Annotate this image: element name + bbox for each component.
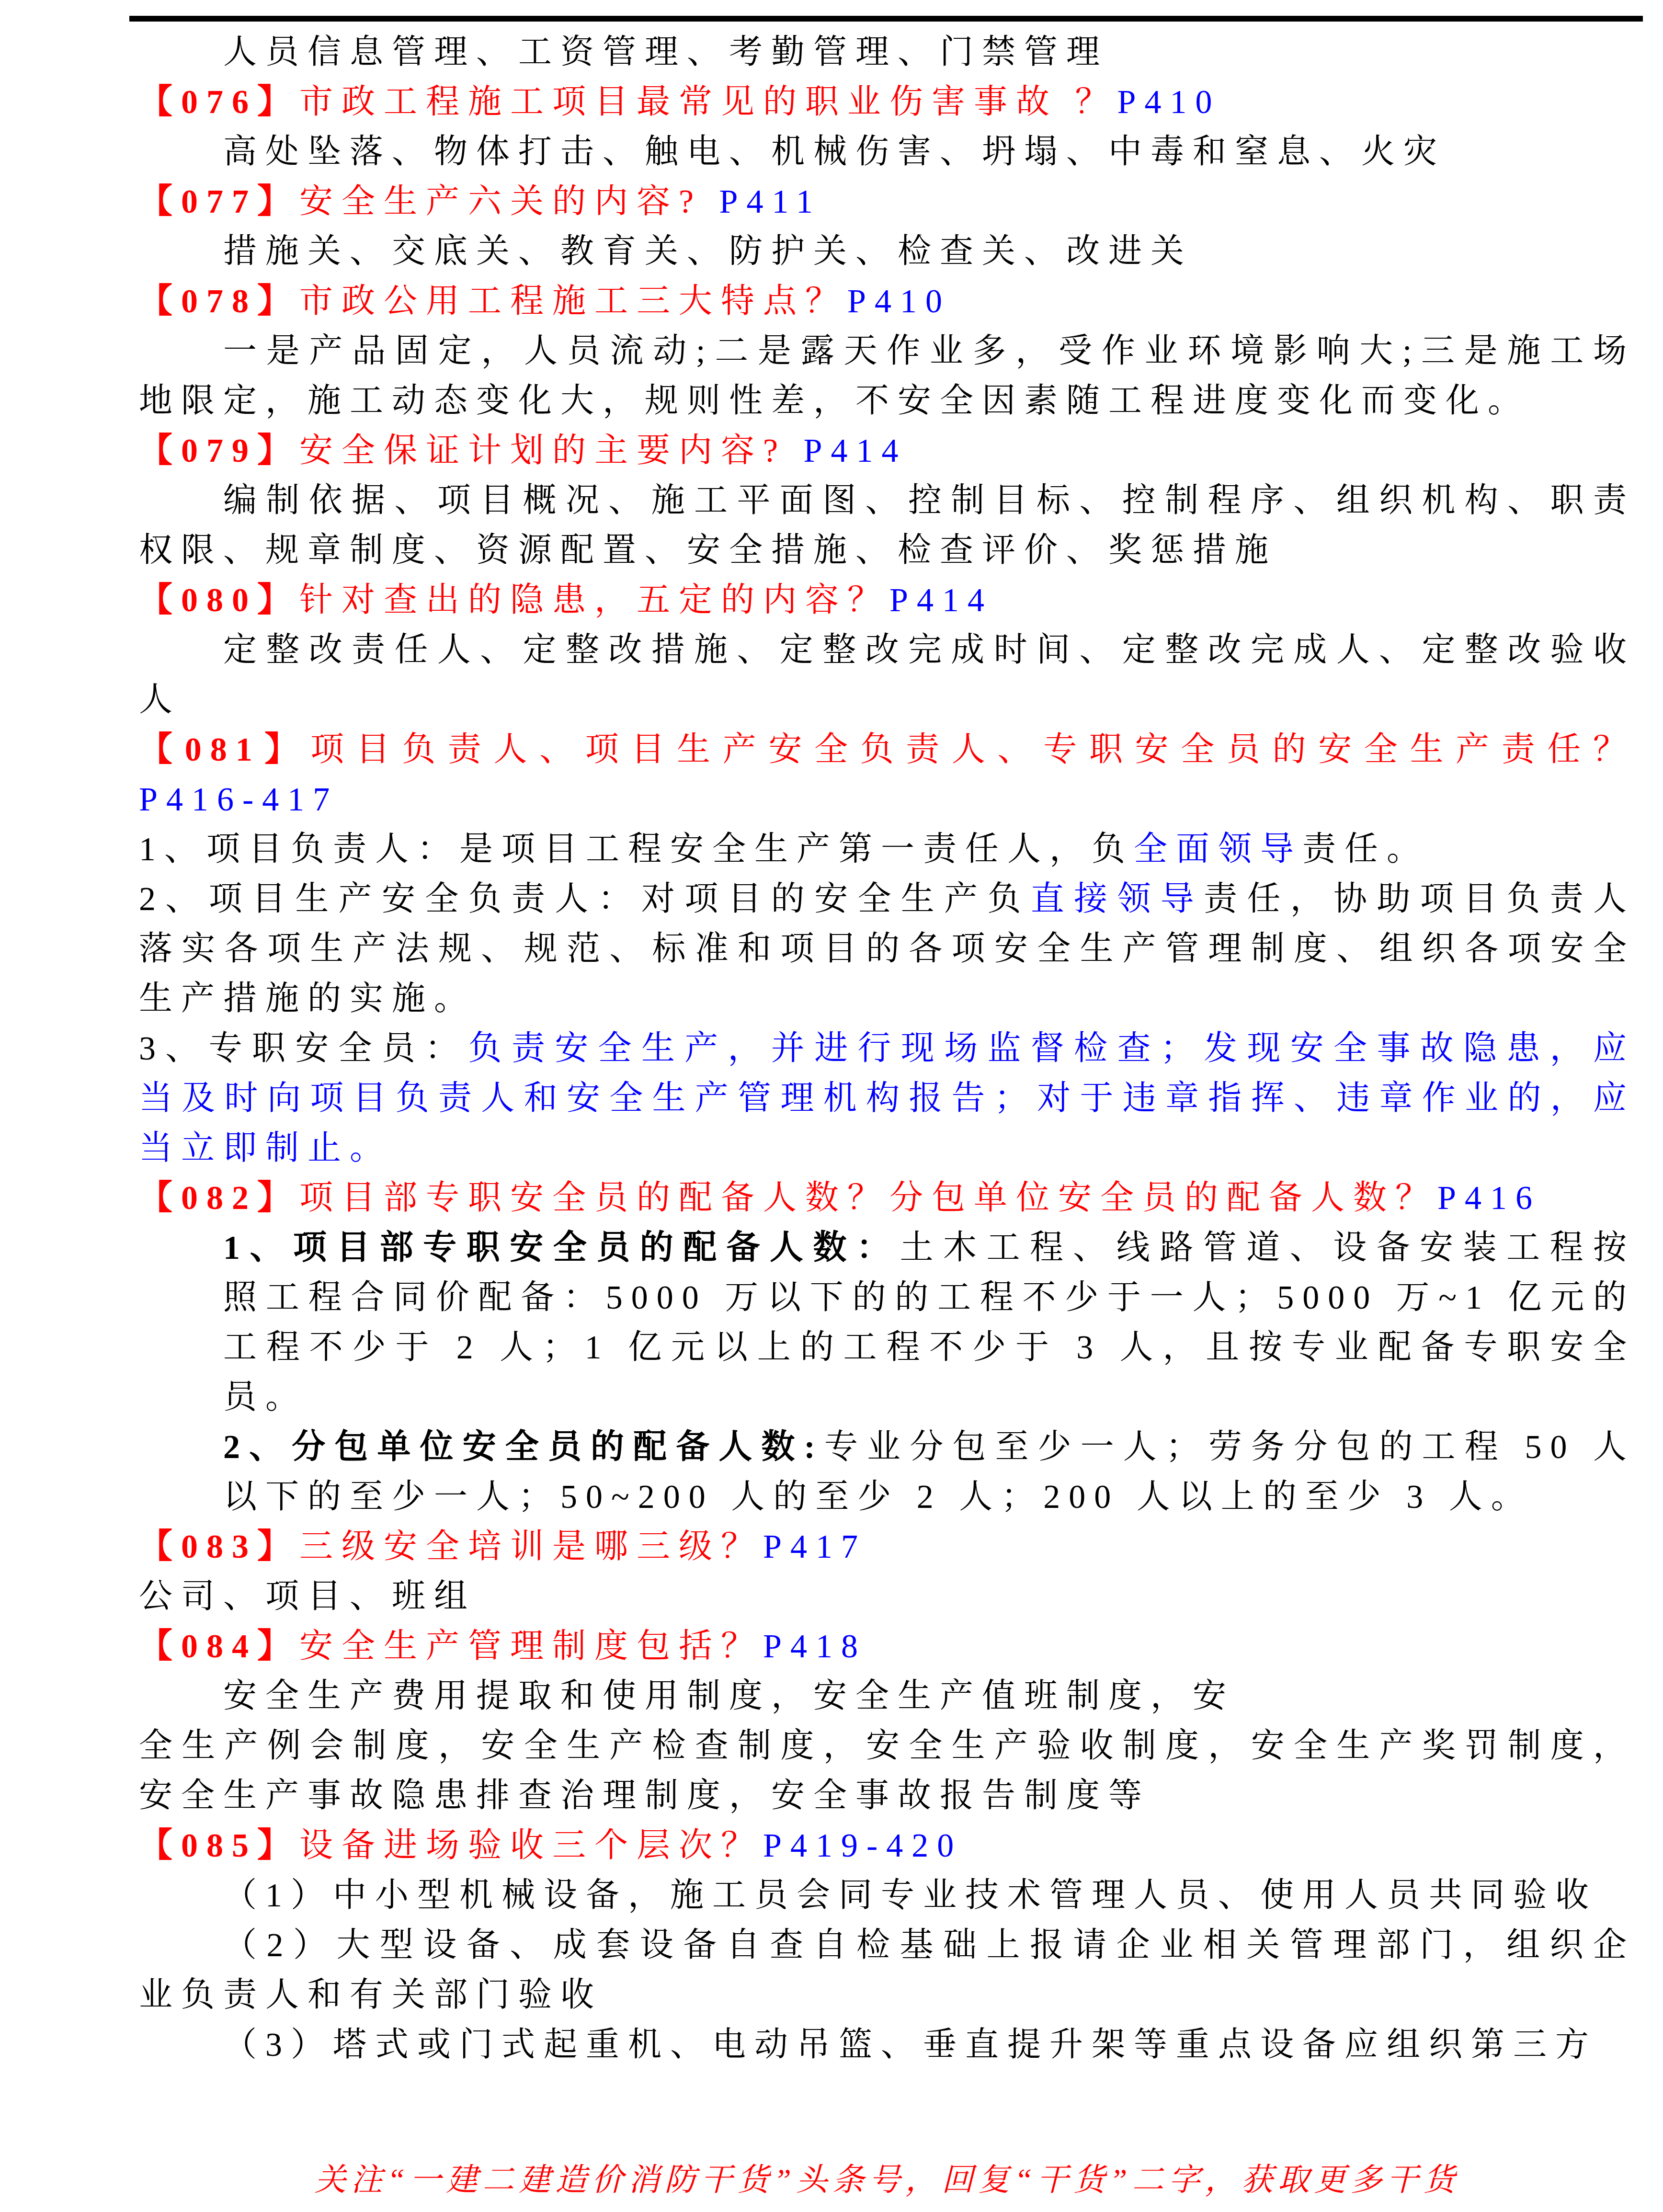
question-text: 【076】 — [139, 84, 299, 121]
text-segment: （2）大型设备、成套设备自查自检基础上报请企业相关管理部门，组织企业负责人和有关… — [139, 1927, 1635, 2014]
page-reference: P416 — [1437, 1180, 1541, 1217]
text-segment: （3）塔式或门式起重机、电动吊篮、垂直提升架等重点设备应组织第三方 — [223, 2027, 1597, 2064]
text-segment: 安全生产费用提取和使用制度，安全生产值班制度，安 — [223, 1678, 1235, 1715]
question-text: 【081】 — [139, 731, 310, 768]
text-segment: 高处坠落、物体打击、触电、机械伤害、坍塌、中毒和窒息、火灾 — [223, 134, 1446, 171]
question-text: 三级安全培训是哪三级？ — [299, 1528, 763, 1565]
answer-paragraph: 2、分包单位安全员的配备人数:专业分包至少一人；劳务分包的工程 50 人以下的至… — [223, 1423, 1635, 1522]
answer-paragraph: 公司、项目、班组 — [139, 1572, 1635, 1622]
answer-paragraph: 1、项目部专职安全员的配备人数：土木工程、线路管道、设备安装工程按照工程合同价配… — [223, 1223, 1635, 1423]
question-text: 【080】 — [139, 582, 299, 619]
question-text: 项目部专职安全员的配备人数？分包单位安全员的配备人数？ — [299, 1180, 1437, 1217]
question-text: 安全保证计划的主要内容? — [299, 433, 804, 469]
text-segment: 全面领导 — [1134, 831, 1302, 868]
question-text: 【082】 — [139, 1180, 299, 1217]
question-header: 【082】项目部专职安全员的配备人数？分包单位安全员的配备人数？P416 — [139, 1174, 1635, 1223]
answer-paragraph: 安全生产费用提取和使用制度，安全生产值班制度，安 — [139, 1672, 1635, 1722]
question-header: 【085】设备进场验收三个层次？P419-420 — [139, 1821, 1635, 1871]
question-text: 【079】 — [139, 433, 299, 469]
answer-paragraph: 定整改责任人、定整改措施、定整改完成时间、定整改完成人、定整改验收人 — [139, 626, 1635, 725]
answer-paragraph: 1、项目负责人：是项目工程安全生产第一责任人，负全面领导责任。 — [139, 825, 1635, 875]
text-segment: 措施关、交底关、教育关、防护关、检查关、改进关 — [223, 233, 1193, 270]
text-segment: 关注“一建二建造价消防干货”头条号，回复“干货”二字，获取更多干货 — [315, 2163, 1460, 2198]
page-reference: P410 — [847, 283, 951, 320]
question-text: 【084】 — [139, 1628, 299, 1665]
answer-paragraph: （2）大型设备、成套设备自查自检基础上报请企业相关管理部门，组织企业负责人和有关… — [139, 1921, 1635, 2020]
answer-paragraph: 3、专职安全员：负责安全生产，并进行现场监督检查；发现安全事故隐患，应当及时向项… — [139, 1024, 1635, 1174]
text-segment: 定整改责任人、定整改措施、定整改完成时间、定整改完成人、定整改验收人 — [139, 632, 1635, 718]
text-segment: 人员信息管理、工资管理、考勤管理、门禁管理 — [223, 34, 1108, 71]
page-reference: P416-417 — [139, 781, 338, 818]
question-text: 项目负责人、项目生产安全负责人、专职安全员的安全生产责任？ — [310, 731, 1635, 768]
page-reference: P410 — [1117, 84, 1221, 121]
page-reference: P419-420 — [763, 1827, 962, 1864]
page-reference: P417 — [763, 1528, 866, 1565]
question-header: 【080】针对查出的隐患，五定的内容？P414 — [139, 576, 1635, 626]
question-header: 【081】项目负责人、项目生产安全负责人、专职安全员的安全生产责任？ — [139, 725, 1635, 775]
question-text: 安全生产六关的内容? — [299, 183, 719, 220]
text-segment: 3、专职安全员： — [139, 1030, 468, 1067]
answer-paragraph: （3）塔式或门式起重机、电动吊篮、垂直提升架等重点设备应组织第三方 — [139, 2020, 1635, 2070]
question-header: 【076】市政工程施工项目最常见的职业伤害事故 ？P410 — [139, 78, 1635, 127]
answer-paragraph: （1）中小型机械设备，施工员会同专业技术管理人员、使用人员共同验收 — [139, 1871, 1635, 1921]
question-header: 【083】三级安全培训是哪三级？P417 — [139, 1522, 1635, 1572]
page-reference-line: P416-417 — [139, 775, 1635, 825]
question-text: 【078】 — [139, 283, 299, 320]
page-reference: P411 — [719, 183, 821, 220]
document-page: { "page": { "background": "#ffffff", "ru… — [0, 0, 1663, 2212]
text-segment: 公司、项目、班组 — [139, 1578, 476, 1615]
question-text: 市政工程施工项目最常见的职业伤害事故 ？ — [299, 84, 1117, 121]
text-segment: （1）中小型机械设备，施工员会同专业技术管理人员、使用人员共同验收 — [223, 1877, 1597, 1914]
top-rule — [129, 16, 1643, 22]
question-text: 安全生产管理制度包括？ — [299, 1628, 763, 1665]
answer-paragraph: 人员信息管理、工资管理、考勤管理、门禁管理 — [139, 28, 1635, 78]
question-text: 针对查出的隐患，五定的内容？ — [299, 582, 889, 619]
answer-paragraph: 编制依据、项目概况、施工平面图、控制目标、控制程序、组织机构、职责权限、规章制度… — [139, 476, 1635, 576]
question-header: 【078】市政公用工程施工三大特点？P410 — [139, 277, 1635, 327]
text-segment: 直接领导 — [1031, 881, 1204, 918]
question-text: 市政公用工程施工三大特点？ — [299, 283, 847, 320]
question-text: 【085】 — [139, 1827, 299, 1864]
text-segment: 1、项目部专职安全员的配备人数： — [223, 1230, 900, 1266]
page-reference: P414 — [889, 582, 993, 619]
answer-paragraph: 措施关、交底关、教育关、防护关、检查关、改进关 — [139, 227, 1635, 277]
page-reference: P414 — [804, 433, 907, 469]
text-segment: 2、项目生产安全负责人：对项目的安全生产负 — [139, 881, 1031, 918]
question-text: 【077】 — [139, 183, 299, 220]
text-segment: 1、项目负责人：是项目工程安全生产第一责任人，负 — [139, 831, 1134, 868]
footer-note: 关注“一建二建造价消防干货”头条号，回复“干货”二字，获取更多干货 — [139, 2156, 1635, 2204]
text-segment: 2、分包单位安全员的配备人数: — [223, 1429, 824, 1466]
document-body: 人员信息管理、工资管理、考勤管理、门禁管理【076】市政工程施工项目最常见的职业… — [139, 28, 1635, 2204]
answer-paragraph: 2、项目生产安全负责人：对项目的安全生产负直接领导责任，协助项目负责人落实各项生… — [139, 875, 1635, 1024]
answer-paragraph: 全生产例会制度，安全生产检查制度，安全生产验收制度，安全生产奖罚制度，安全生产事… — [139, 1722, 1635, 1821]
question-text: 【083】 — [139, 1528, 299, 1565]
answer-paragraph: 一是产品固定，人员流动;二是露天作业多，受作业环境影响大;三是施工场地限定，施工… — [139, 327, 1635, 426]
page-reference: P418 — [763, 1628, 866, 1665]
question-header: 【079】安全保证计划的主要内容? P414 — [139, 426, 1635, 476]
question-header: 【084】安全生产管理制度包括？P418 — [139, 1622, 1635, 1672]
question-text: 设备进场验收三个层次？ — [299, 1827, 763, 1864]
answer-paragraph: 高处坠落、物体打击、触电、机械伤害、坍塌、中毒和窒息、火灾 — [139, 127, 1635, 177]
question-header: 【077】安全生产六关的内容? P411 — [139, 177, 1635, 227]
text-segment: 责任。 — [1302, 831, 1429, 868]
text-segment: 全生产例会制度，安全生产检查制度，安全生产验收制度，安全生产奖罚制度，安全生产事… — [139, 1728, 1635, 1814]
text-segment: 一是产品固定，人员流动;二是露天作业多，受作业环境影响大;三是施工场地限定，施工… — [139, 333, 1635, 420]
text-segment: 编制依据、项目概况、施工平面图、控制目标、控制程序、组织机构、职责权限、规章制度… — [139, 482, 1635, 569]
